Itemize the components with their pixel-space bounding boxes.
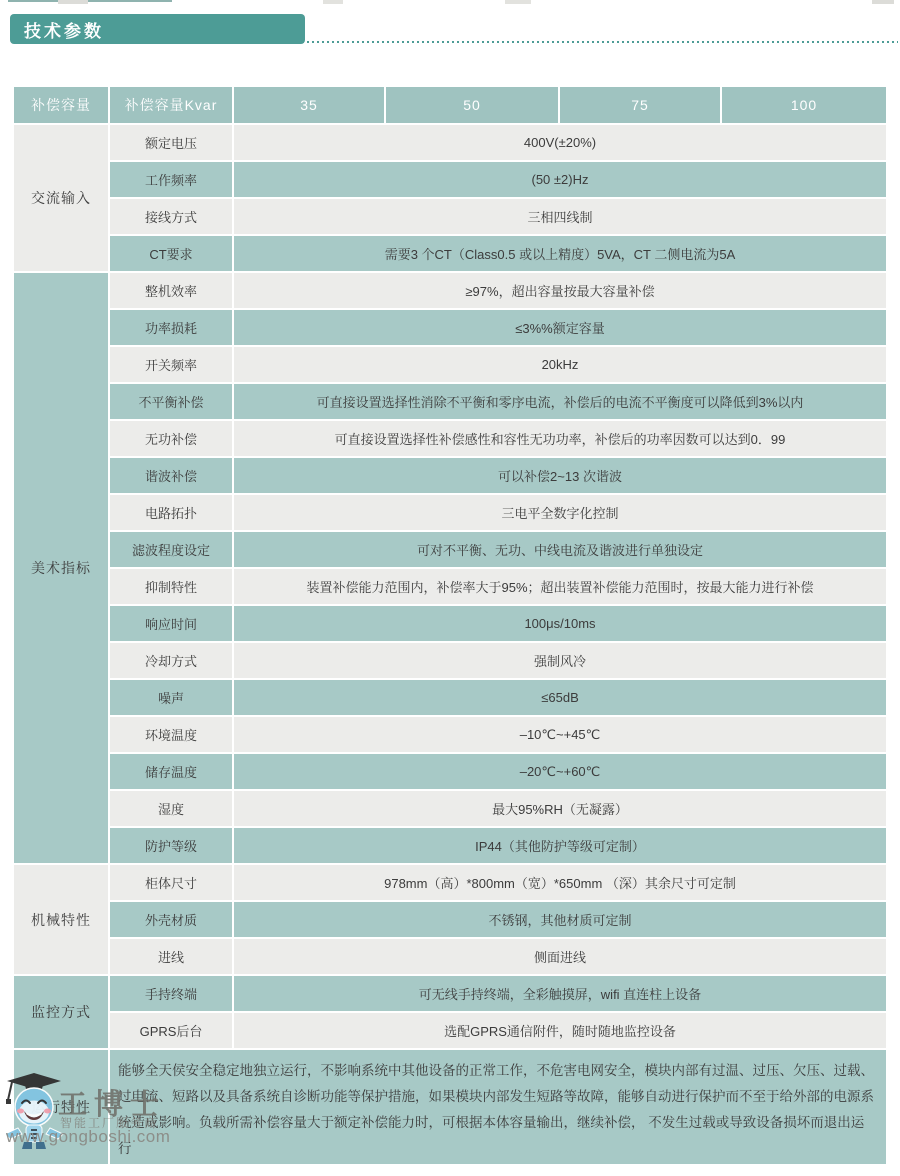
dotted-divider bbox=[302, 41, 898, 43]
table-header-row: 补偿容量补偿容量Kvar355075100 bbox=[14, 87, 886, 123]
table-row: 抑制特性装置补偿能力范围内，补偿率大于95%；超出装置补偿能力范围时，按最大能力… bbox=[14, 569, 886, 604]
param-label-cell: 功率损耗 bbox=[110, 310, 232, 345]
crop-artifact bbox=[8, 0, 172, 2]
section-title-bar: 技术参数 bbox=[10, 14, 305, 44]
param-value-cell: 不锈钢，其他材质可定制 bbox=[234, 902, 886, 937]
param-value-cell: –10℃~+45℃ bbox=[234, 717, 886, 752]
param-label-cell: 防护等级 bbox=[110, 828, 232, 863]
table-row: 进线侧面进线 bbox=[14, 939, 886, 974]
header-cell-0: 补偿容量 bbox=[14, 87, 108, 123]
param-label-cell: 响应时间 bbox=[110, 606, 232, 641]
param-value-cell: 三相四线制 bbox=[234, 199, 886, 234]
table-row: GPRS后台选配GPRS通信附件，随时随地监控设备 bbox=[14, 1013, 886, 1048]
param-value-cell: ≤65dB bbox=[234, 680, 886, 715]
param-label-cell: 手持终端 bbox=[110, 976, 232, 1011]
param-value-cell: 978mm（高）*800mm（宽）*650mm （深）其余尺寸可定制 bbox=[234, 865, 886, 900]
param-value-cell: 可无线手持终端，全彩触摸屏，wifi 直连柱上设备 bbox=[234, 976, 886, 1011]
param-label-cell: 工作频率 bbox=[110, 162, 232, 197]
param-value-cell: ≥97%，超出容量按最大容量补偿 bbox=[234, 273, 886, 308]
table-row: 滤波程度设定可对不平衡、无功、中线电流及谐波进行单独设定 bbox=[14, 532, 886, 567]
table-row: 接线方式三相四线制 bbox=[14, 199, 886, 234]
table-row: 电路拓扑三电平全数字化控制 bbox=[14, 495, 886, 530]
table-row: 谐波补偿可以补偿2~13 次谐波 bbox=[14, 458, 886, 493]
param-label-cell: 整机效率 bbox=[110, 273, 232, 308]
param-label-cell: 抑制特性 bbox=[110, 569, 232, 604]
header-cell-1: 补偿容量Kvar bbox=[110, 87, 232, 123]
table-row: 开关频率20kHz bbox=[14, 347, 886, 382]
crop-artifact bbox=[505, 0, 531, 4]
table-row: 防护等级IP44（其他防护等级可定制） bbox=[14, 828, 886, 863]
param-label-cell: 环境温度 bbox=[110, 717, 232, 752]
spec-table: 补偿容量补偿容量Kvar355075100 交流输入额定电压400V(±20%)… bbox=[12, 85, 888, 1166]
table-row: 交流输入额定电压400V(±20%) bbox=[14, 125, 886, 160]
spec-paragraph-cell: 能够全天侯安全稳定地独立运行，不影响系统中其他设备的正常工作，不危害电网安全，模… bbox=[110, 1050, 886, 1164]
param-label-cell: 进线 bbox=[110, 939, 232, 974]
table-row: 湿度最大95%RH（无凝露） bbox=[14, 791, 886, 826]
table-row: 功率损耗≤3%%额定容量 bbox=[14, 310, 886, 345]
param-value-cell: 需要3 个CT（Class0.5 或以上精度）5VA，CT 二侧电流为5A bbox=[234, 236, 886, 271]
group-label-cell: 美术指标 bbox=[14, 273, 108, 863]
param-value-cell: 强制风冷 bbox=[234, 643, 886, 678]
param-value-cell: ≤3%%额定容量 bbox=[234, 310, 886, 345]
header-cell-3: 50 bbox=[386, 87, 558, 123]
param-value-cell: 可直接设置选择性补偿感性和容性无功功率，补偿后的功率因数可以达到0．99 bbox=[234, 421, 886, 456]
param-label-cell: 额定电压 bbox=[110, 125, 232, 160]
spec-sheet-page: 技术参数 补偿容量补偿容量Kvar355075100 交流输入额定电压400V(… bbox=[0, 0, 900, 1176]
param-value-cell: IP44（其他防护等级可定制） bbox=[234, 828, 886, 863]
param-label-cell: 电路拓扑 bbox=[110, 495, 232, 530]
param-label-cell: 开关频率 bbox=[110, 347, 232, 382]
param-label-cell: 冷却方式 bbox=[110, 643, 232, 678]
param-value-cell: 最大95%RH（无凝露） bbox=[234, 791, 886, 826]
param-label-cell: 接线方式 bbox=[110, 199, 232, 234]
param-label-cell: 噪声 bbox=[110, 680, 232, 715]
crop-artifact bbox=[323, 0, 343, 4]
table-row: 监控方式手持终端可无线手持终端，全彩触摸屏，wifi 直连柱上设备 bbox=[14, 976, 886, 1011]
param-value-cell: 可对不平衡、无功、中线电流及谐波进行单独设定 bbox=[234, 532, 886, 567]
table-row: 噪声≤65dB bbox=[14, 680, 886, 715]
param-value-cell: (50 ±2)Hz bbox=[234, 162, 886, 197]
table-row: 工作频率(50 ±2)Hz bbox=[14, 162, 886, 197]
section-title: 技术参数 bbox=[24, 17, 104, 42]
table-row: 无功补偿可直接设置选择性补偿感性和容性无功功率，补偿后的功率因数可以达到0．99 bbox=[14, 421, 886, 456]
group-label-cell: 机械特性 bbox=[14, 865, 108, 974]
table-row: 外壳材质不锈钢，其他材质可定制 bbox=[14, 902, 886, 937]
header-cell-4: 75 bbox=[560, 87, 720, 123]
param-value-cell: –20℃~+60℃ bbox=[234, 754, 886, 789]
table-row: 机械特性柜体尺寸978mm（高）*800mm（宽）*650mm （深）其余尺寸可… bbox=[14, 865, 886, 900]
param-label-cell: 储存温度 bbox=[110, 754, 232, 789]
group-label-cell: 运行特性 bbox=[14, 1050, 108, 1164]
param-value-cell: 三电平全数字化控制 bbox=[234, 495, 886, 530]
table-row: CT要求需要3 个CT（Class0.5 或以上精度）5VA，CT 二侧电流为5… bbox=[14, 236, 886, 271]
group-label-cell: 监控方式 bbox=[14, 976, 108, 1048]
param-value-cell: 选配GPRS通信附件，随时随地监控设备 bbox=[234, 1013, 886, 1048]
param-label-cell: 谐波补偿 bbox=[110, 458, 232, 493]
param-value-cell: 100μs/10ms bbox=[234, 606, 886, 641]
header-cell-5: 100 bbox=[722, 87, 886, 123]
param-value-cell: 侧面进线 bbox=[234, 939, 886, 974]
param-value-cell: 装置补偿能力范围内，补偿率大于95%；超出装置补偿能力范围时，按最大能力进行补偿 bbox=[234, 569, 886, 604]
param-label-cell: 湿度 bbox=[110, 791, 232, 826]
table-row: 环境温度–10℃~+45℃ bbox=[14, 717, 886, 752]
table-row: 不平衡补偿可直接设置选择性消除不平衡和零序电流，补偿后的电流不平衡度可以降低到3… bbox=[14, 384, 886, 419]
table-row: 美术指标整机效率≥97%，超出容量按最大容量补偿 bbox=[14, 273, 886, 308]
table-row: 响应时间100μs/10ms bbox=[14, 606, 886, 641]
param-label-cell: 外壳材质 bbox=[110, 902, 232, 937]
param-value-cell: 400V(±20%) bbox=[234, 125, 886, 160]
param-value-cell: 可以补偿2~13 次谐波 bbox=[234, 458, 886, 493]
header-cell-2: 35 bbox=[234, 87, 384, 123]
crop-artifact bbox=[58, 0, 88, 4]
param-value-cell: 20kHz bbox=[234, 347, 886, 382]
param-label-cell: 滤波程度设定 bbox=[110, 532, 232, 567]
param-label-cell: CT要求 bbox=[110, 236, 232, 271]
table-row: 冷却方式强制风冷 bbox=[14, 643, 886, 678]
param-label-cell: 不平衡补偿 bbox=[110, 384, 232, 419]
table-row: 运行特性能够全天侯安全稳定地独立运行，不影响系统中其他设备的正常工作，不危害电网… bbox=[14, 1050, 886, 1164]
table-row: 储存温度–20℃~+60℃ bbox=[14, 754, 886, 789]
param-label-cell: 无功补偿 bbox=[110, 421, 232, 456]
group-label-cell: 交流输入 bbox=[14, 125, 108, 271]
param-value-cell: 可直接设置选择性消除不平衡和零序电流，补偿后的电流不平衡度可以降低到3%以内 bbox=[234, 384, 886, 419]
param-label-cell: 柜体尺寸 bbox=[110, 865, 232, 900]
param-label-cell: GPRS后台 bbox=[110, 1013, 232, 1048]
crop-artifact bbox=[872, 0, 894, 4]
